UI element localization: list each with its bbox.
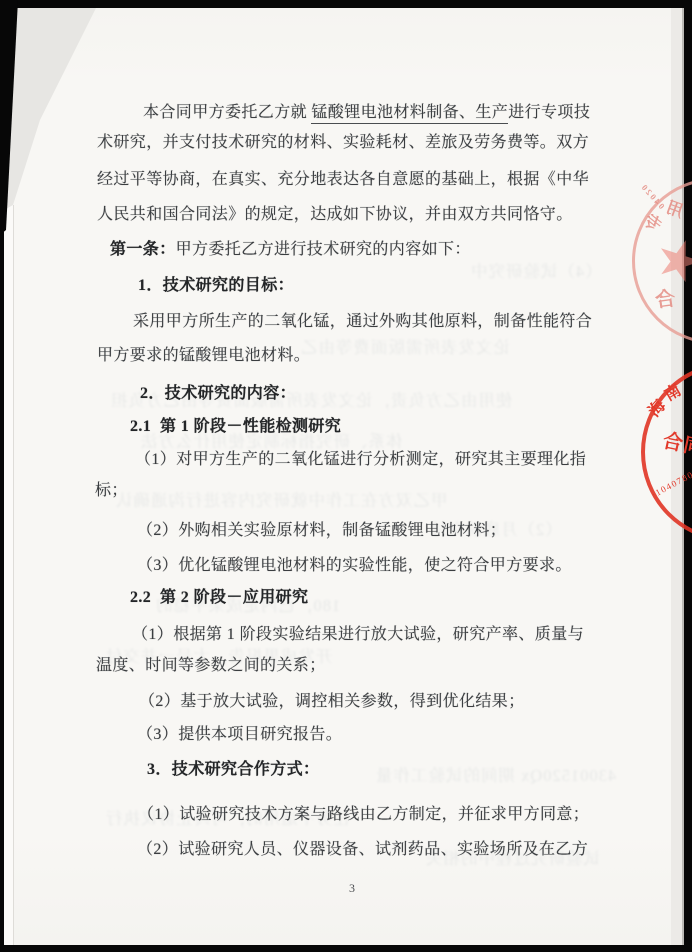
text-line: （2）试验研究人员、仪器设备、试剂药品、实验场所及在乙方 — [137, 838, 588, 862]
text-line: 人民共和国合同法》的规定，达成如下协议，并由双方共同恪守。 — [97, 203, 573, 227]
text-line: （3）提供本项目研究报告。 — [137, 723, 342, 747]
text-line: （3）优化锰酸锂电池材料的实验性能，使之符合甲方要求。 — [137, 554, 572, 578]
scanned-contract-page: （4）试验研究中论文发表所需版面费等由乙使用由乙方负责，论文发表所需版面费等由乙… — [0, 0, 692, 952]
text-line: （1）根据第 1 阶段实验结果进行放大试验，研究产率、质量与 — [132, 623, 584, 647]
text-line: 1．技术研究的目标： — [138, 274, 294, 298]
text-line: 2.2 第 2 阶段－应用研究 — [130, 586, 308, 610]
stamp-center-text: 合同 — [660, 424, 692, 461]
stamp-serial-digits: ·10407800 — [650, 466, 692, 499]
bleedthrough-text: 甲乙双方在工作中就研究内容进行沟通确认 — [115, 487, 448, 511]
bleedthrough-text: 论文发表所需版面费等由乙 — [300, 334, 510, 358]
text-line: （1）对甲方生产的二氧化锰进行分析测定，研究其主要理化指 — [135, 448, 586, 472]
text-line: 采用甲方所生产的二氧化锰，通过外购其他原料，制备性能符合 — [133, 310, 592, 334]
text-line: 温度、时间等参数之间的关系； — [96, 654, 326, 678]
page-number: 3 — [349, 881, 355, 896]
stamp-center-character: 合 — [653, 282, 677, 314]
text-line: 标； — [95, 479, 128, 503]
text-line: 本合同甲方委托乙方就 锰酸锂电池材料制备、生产进行专项技 — [143, 101, 590, 125]
text-line: （2）基于放大试验，调控相关参数，得到优化结果； — [139, 690, 525, 714]
stamp-arc-character: 用 — [663, 193, 688, 222]
bleedthrough-text: （4）试验研究中 — [470, 258, 602, 282]
text-line: 3．技术研究合作方式： — [147, 758, 319, 782]
text-line: 2．技术研究的内容： — [140, 382, 296, 406]
text-line: 经过平等协商，在真实、充分地表达各自意愿的基础上，根据《中华 — [97, 168, 589, 192]
page-left-edge — [4, 205, 13, 945]
text-line: 甲方要求的锰酸锂电池材料。 — [97, 344, 310, 368]
text-line: 2.1 第 1 阶段－性能检测研究 — [130, 415, 341, 439]
star-icon — [651, 233, 692, 288]
text-line: 第一条：甲方委托乙方进行技术研究的内容如下： — [110, 238, 471, 262]
bleedthrough-text: 43001520Qx 期间的试验工作量 — [375, 762, 616, 786]
text-line: （1）试验研究技术方案与路线由乙方制定，并征求甲方同意； — [138, 803, 589, 827]
text-line: （2）外购相关实验原材料，制备锰酸锂电池材料； — [137, 519, 506, 543]
page-left-edge-line — [13, 205, 14, 945]
text-line: 术研究，并支付技术研究的材料、实验耗材、差旅及劳务费等。双方 — [97, 131, 589, 155]
